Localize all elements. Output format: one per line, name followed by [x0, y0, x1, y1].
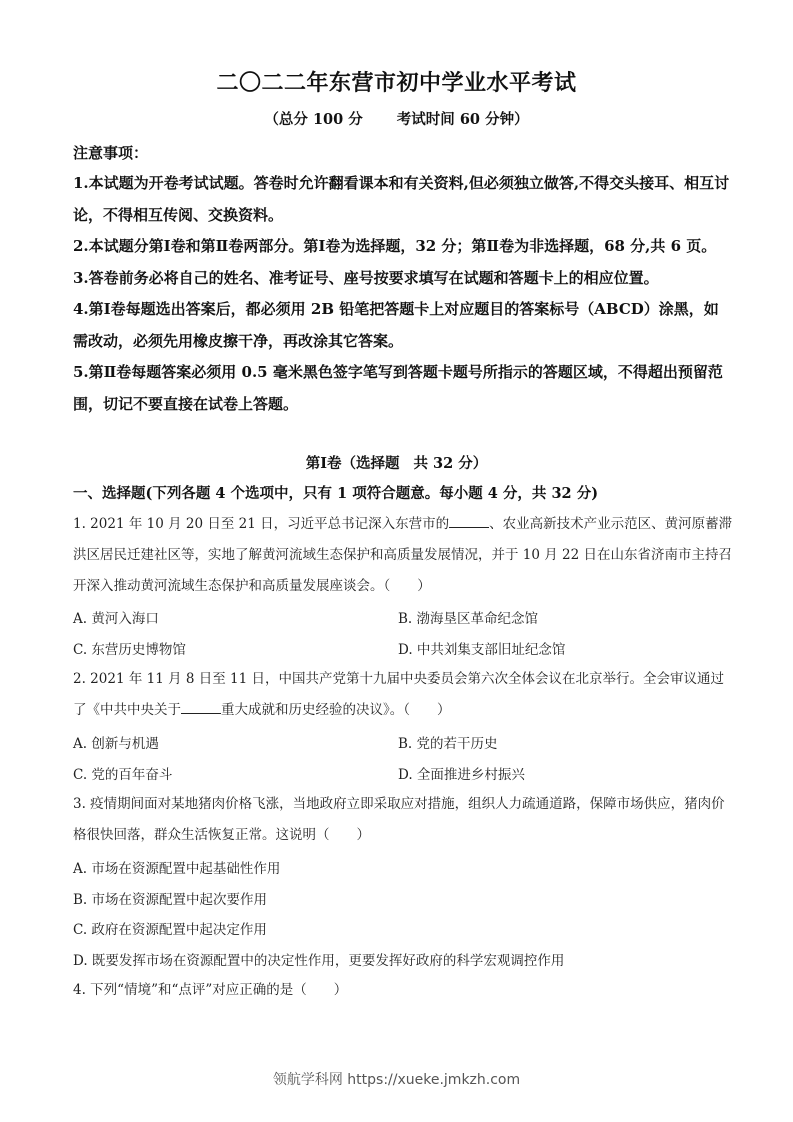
fill-blank [181, 700, 221, 714]
exam-duration: 考试时间 60 分钟） [397, 111, 529, 128]
option-a: A. 创新与机遇 [73, 732, 398, 752]
question-2-stem: 2. 2021 年 11 月 8 日至 11 日，中国共产党第十九届中央委员会第… [73, 664, 733, 726]
question-1-stem: 1. 2021 年 10 月 20 日至 21 日，习近平总书记深入东营市的、农… [73, 509, 733, 602]
question-4-stem: 4. 下列“情境”和“点评”对应正确的是（ ） [73, 975, 733, 1006]
question-3-options: A. 市场在资源配置中起基础性作用 B. 市场在资源配置中起次要作用 C. 政府… [73, 852, 733, 974]
option-d: D. 全面推进乡村振兴 [398, 763, 723, 783]
notice-item-5: 5.第Ⅱ卷每题答案必须用 0.5 毫米黑色签字笔写到答题卡题号所指示的答题区域，… [73, 357, 733, 420]
notice-heading: 注意事项： [73, 138, 733, 170]
notice-list: 1.本试题为开卷考试试题。答卷时允许翻看课本和有关资料,但必须独立做答,不得交头… [73, 168, 733, 420]
option-c: C. 政府在资源配置中起决定作用 [73, 913, 733, 944]
question-3-stem: 3. 疫情期间面对某地猪肉价格飞涨，当地政府立即采取应对措施，组织人力疏通道路，… [73, 789, 733, 851]
section-instruction: 一、选择题(下列各题 4 个选项中，只有 1 项符合题意。每小题 4 分，共 3… [73, 482, 598, 503]
total-score: （总分 100 分 [264, 111, 362, 128]
option-b: B. 市场在资源配置中起次要作用 [73, 883, 733, 914]
fill-blank [449, 514, 489, 528]
exam-subtitle: （总分 100 分考试时间 60 分钟） [0, 108, 793, 129]
notice-item-1: 1.本试题为开卷考试试题。答卷时允许翻看课本和有关资料,但必须独立做答,不得交头… [73, 168, 733, 231]
option-b: B. 渤海垦区革命纪念馆 [398, 607, 723, 627]
option-c: C. 东营历史博物馆 [73, 638, 398, 658]
option-d: D. 中共刘集支部旧址纪念馆 [398, 638, 723, 658]
exam-title: 二〇二二年东营市初中学业水平考试 [0, 66, 793, 97]
option-b: B. 党的若干历史 [398, 732, 723, 752]
question-2-options: A. 创新与机遇 B. 党的若干历史 C. 党的百年奋斗 D. 全面推进乡村振兴 [73, 727, 733, 788]
exam-page: 二〇二二年东营市初中学业水平考试 （总分 100 分考试时间 60 分钟） 注意… [0, 0, 793, 1122]
section-title: 第Ⅰ卷（选择题共 32 分） [0, 452, 793, 473]
notice-item-2: 2.本试题分第Ⅰ卷和第Ⅱ卷两部分。第Ⅰ卷为选择题，32 分；第Ⅱ卷为非选择题，6… [73, 231, 733, 263]
notice-item-4: 4.第Ⅰ卷每题选出答案后，都必须用 2B 铅笔把答题卡上对应题目的答案标号（AB… [73, 294, 733, 357]
question-1-options: A. 黄河入海口 B. 渤海垦区革命纪念馆 C. 东营历史博物馆 D. 中共刘集… [73, 602, 733, 663]
option-a: A. 市场在资源配置中起基础性作用 [73, 852, 733, 883]
option-d: D. 既要发挥市场在资源配置中的决定性作用，更要发挥好政府的科学宏观调控作用 [73, 944, 733, 975]
option-a: A. 黄河入海口 [73, 607, 398, 627]
option-c: C. 党的百年奋斗 [73, 763, 398, 783]
notice-item-3: 3.答卷前务必将自己的姓名、准考证号、座号按要求填写在试题和答题卡上的相应位置。 [73, 263, 733, 295]
footer-watermark: 领航学科网 https://xueke.jmkzh.com [0, 1069, 793, 1089]
